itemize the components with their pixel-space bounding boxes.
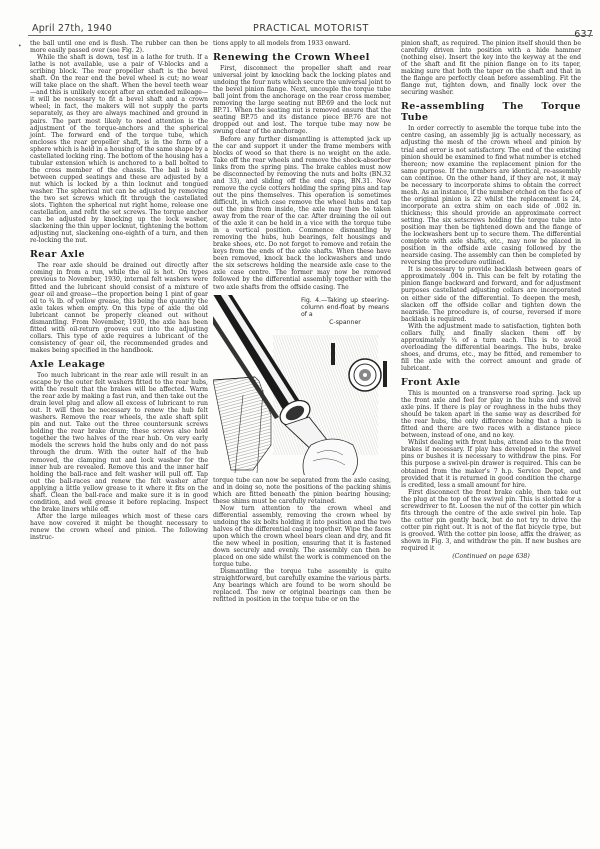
paragraph: First disconnect the front brake cable, …	[401, 489, 581, 552]
paragraph: the ball until one end is flush. The rub…	[30, 40, 208, 54]
page-header: April 27th, 1940 PRACTICAL MOTORIST 637	[28, 13, 595, 31]
right-column: pinion shaft, as required. The pinion it…	[401, 40, 581, 560]
paragraph: With the adjustment made to satisfaction…	[401, 323, 581, 372]
section-heading-axle-leakage: Axle Leakage	[30, 359, 208, 370]
header-rule	[28, 35, 593, 36]
paragraph: torque tube can now be separated from th…	[213, 477, 391, 505]
figure-4: Fig. 4.—Taking up steering-column end-fl…	[213, 295, 391, 475]
paragraph: The rear axle should be drained out dire…	[30, 262, 208, 354]
left-column: the ball until one end is flush. The rub…	[30, 40, 208, 541]
paragraph: Dismantling the torque tube assembly is …	[213, 568, 391, 603]
figure-caption: Fig. 4.—Taking up steering-column end-fl…	[301, 297, 389, 327]
magazine-page: April 27th, 1940 PRACTICAL MOTORIST 637 …	[0, 0, 600, 849]
paragraph: First, disconnect the propeller shaft an…	[213, 65, 391, 135]
paragraph: tions apply to all models from 1933 onwa…	[213, 40, 391, 47]
margin-mark: •	[18, 43, 22, 50]
publication-title: PRACTICAL MOTORIST	[253, 23, 369, 34]
section-heading-renewing-crown-wheel: Renewing the Crown Wheel	[213, 52, 391, 63]
paragraph: Now turn attention to the crown wheel an…	[213, 505, 391, 568]
paragraph: pinion shaft, as required. The pinion it…	[401, 40, 581, 96]
paragraph: This is mounted on a transverse road spr…	[401, 390, 581, 439]
middle-column: tions apply to all models from 1933 onwa…	[213, 40, 391, 603]
paragraph: Whilst dealing with front hubs, attend a…	[401, 439, 581, 488]
section-heading-front-axle: Front Axle	[401, 377, 581, 388]
paragraph: After the large mileages which most of t…	[30, 513, 208, 541]
paragraph: In order correctly to asemble the torque…	[401, 125, 581, 266]
section-heading-reassembling-torque-tube: Re-assembling The Torque Tube	[401, 101, 581, 123]
paragraph: It is necessary to provide backlash betw…	[401, 266, 581, 322]
section-heading-rear-axle: Rear Axle	[30, 249, 208, 260]
figure-caption-text: Fig. 4.—Taking up steering-column end-fl…	[301, 297, 389, 319]
paragraph: Before any further dismantling is attemp…	[213, 136, 391, 291]
paragraph: While the shaft is down, test in a lathe…	[30, 54, 208, 244]
paragraph: Too much lubricant in the rear axle will…	[30, 372, 208, 513]
continued-on-link[interactable]: (Continued on page 638)	[401, 553, 581, 560]
figure-caption-last-line: C-spanner	[301, 319, 389, 326]
issue-date: April 27th, 1940	[32, 23, 112, 34]
